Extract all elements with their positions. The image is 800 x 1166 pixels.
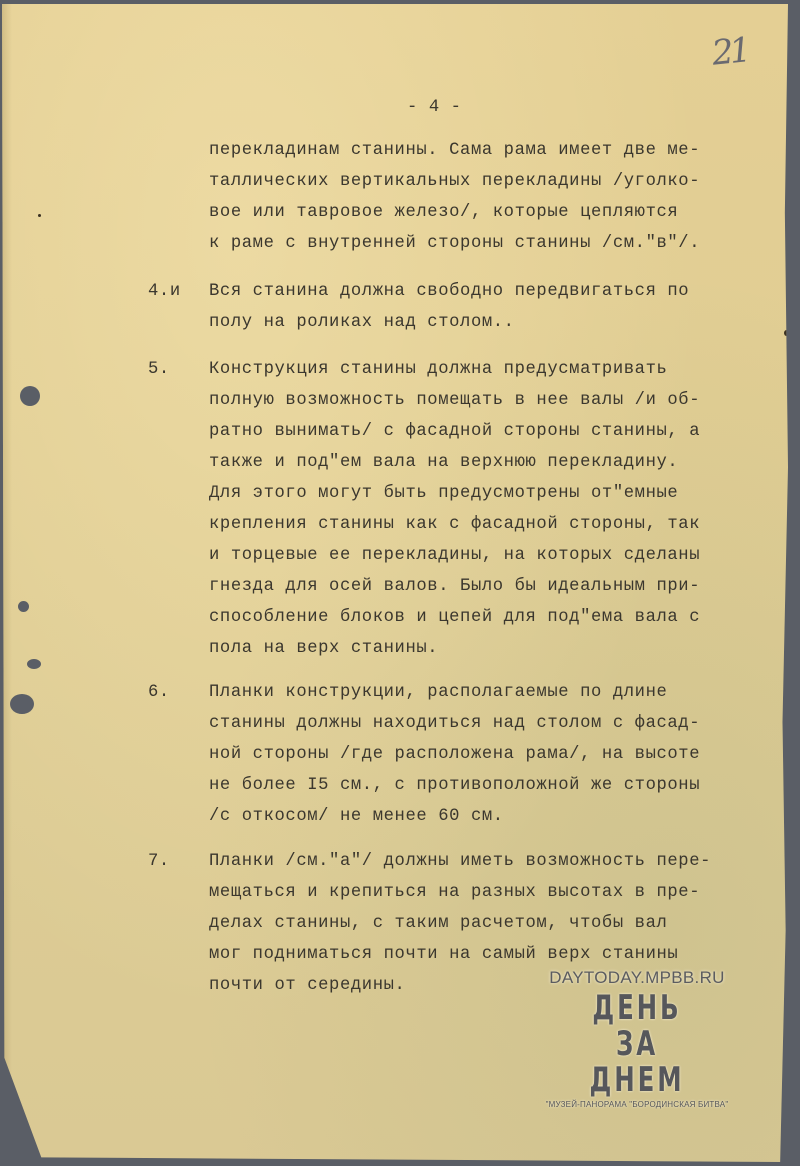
text-line: Для этого могут быть предусмотрены от"ем…: [209, 478, 700, 509]
text-line: гнезда для осей валов. Было бы идеальным…: [209, 571, 700, 602]
text-line: делах станины, с таким расчетом, чтобы в…: [209, 908, 711, 939]
text-line: полу на роликах над столом..: [209, 307, 689, 338]
text-line: Планки /см."а"/ должны иметь возможность…: [209, 846, 711, 877]
text-line: Планки конструкции, располагаемые по дли…: [209, 677, 700, 708]
text-line: мог подниматься почти на самый верх стан…: [209, 939, 711, 970]
punch-hole: [18, 601, 29, 612]
numbered-paragraph: Планки конструкции, располагаемые по дли…: [209, 677, 700, 832]
text-line: также и под"ем вала на верхнюю переклади…: [209, 447, 700, 478]
text-line: не более I5 см., с противоположной же ст…: [209, 770, 700, 801]
punch-hole: [27, 659, 41, 669]
text-line: крепления станины как с фасадной стороны…: [209, 509, 700, 540]
text-line: и торцевые ее перекладины, на которых сд…: [209, 540, 700, 571]
watermark-url[interactable]: DAYTODAY.MPBB.RU: [542, 968, 732, 988]
text-line: к раме с внутренней стороны станины /см.…: [209, 228, 700, 259]
item-number: 6.: [148, 677, 170, 708]
text-line: ратно вынимать/ с фасадной стороны стани…: [209, 416, 700, 447]
text-line: мещаться и крепиться на разных высотах в…: [209, 877, 711, 908]
paper-speck: [38, 214, 41, 217]
punch-hole: [20, 386, 40, 406]
continuation-paragraph: перекладинам станины. Сама рама имеет дв…: [209, 135, 700, 259]
item-number: 7.: [148, 846, 170, 877]
text-line: /с откосом/ не менее 60 см.: [209, 801, 700, 832]
text-line: станины должны находиться над столом с ф…: [209, 708, 700, 739]
handwritten-folio-number: 21: [710, 30, 749, 73]
document-page: 21 - 4 - перекладинам станины. Сама рама…: [2, 4, 788, 1162]
watermark: DAYTODAY.MPBB.RU ДЕНЬ ЗА ДНЕМ "МУЗЕЙ-ПАН…: [542, 968, 732, 1109]
watermark-title: ДЕНЬ ЗА ДНЕМ: [569, 990, 706, 1098]
text-line: перекладинам станины. Сама рама имеет дв…: [209, 135, 700, 166]
numbered-paragraph: Конструкция станины должна предусматрива…: [209, 354, 700, 664]
numbered-paragraph: Вся станина должна свободно передвигатьс…: [209, 276, 689, 338]
text-line: ной стороны /где расположена рама/, на в…: [209, 739, 700, 770]
item-number: 4.и: [148, 276, 181, 307]
text-line: способление блоков и цепей для под"ема в…: [209, 602, 700, 633]
watermark-subtitle: "МУЗЕЙ-ПАНОРАМА "БОРОДИНСКАЯ БИТВА": [542, 1100, 732, 1109]
text-line: таллических вертикальных перекладины /уг…: [209, 166, 700, 197]
punch-hole: [10, 694, 34, 714]
item-number: 5.: [148, 354, 170, 385]
text-line: полную возможность помещать в нее валы /…: [209, 385, 700, 416]
page-number: - 4 -: [407, 92, 462, 123]
text-line: пола на верх станины.: [209, 633, 700, 664]
paper-speck: [784, 330, 789, 336]
text-line: вое или тавровое железо/, которые цепляю…: [209, 197, 700, 228]
text-line: Конструкция станины должна предусматрива…: [209, 354, 700, 385]
text-line: Вся станина должна свободно передвигатьс…: [209, 276, 689, 307]
